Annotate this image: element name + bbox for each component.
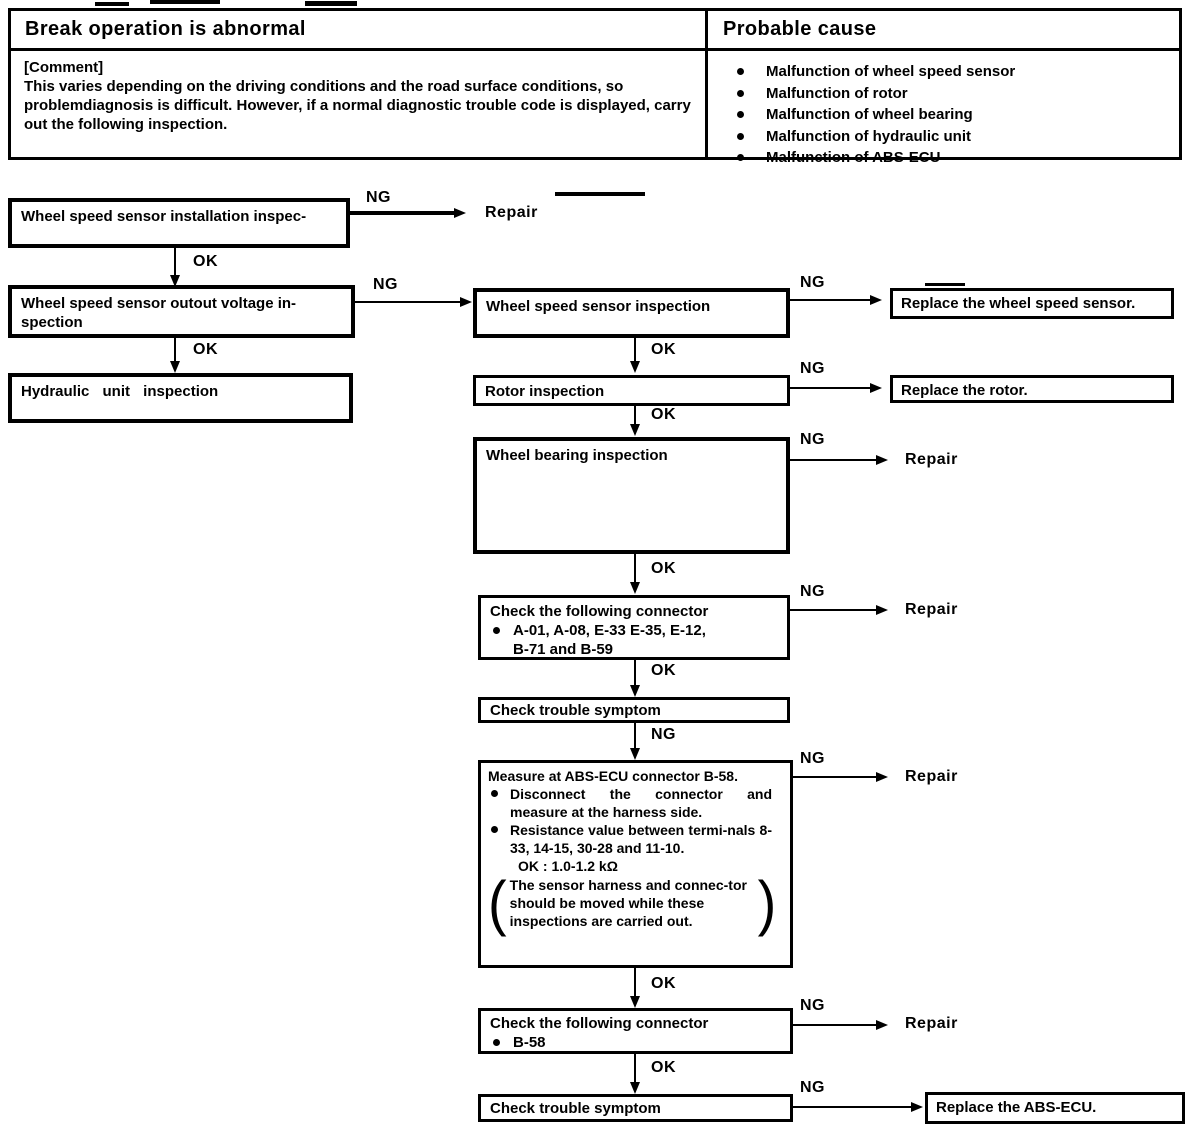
symptom-cause-table: Break operation is abnormal Probable cau… (8, 8, 1182, 160)
flow-line (634, 338, 636, 363)
comment-text: This varies depending on the driving con… (24, 77, 692, 134)
arrow-right-icon (911, 1102, 923, 1112)
bullet-icon (737, 133, 744, 140)
arrow-down-icon (630, 685, 640, 697)
flow-line (174, 338, 176, 363)
ng-label: NG (373, 276, 398, 294)
cause-item-label: Malfunction of wheel bearing (766, 104, 973, 126)
cause-item-label: Malfunction of hydraulic unit (766, 126, 971, 148)
arrow-right-icon (876, 1020, 888, 1030)
connector-list-row: B-58 (490, 1033, 781, 1052)
measure-note: ( The sensor harness and connec-tor shou… (488, 876, 783, 930)
ng-label: NG (800, 583, 825, 601)
action-replace-wheel-speed-sensor: Replace the wheel speed sensor. (890, 288, 1174, 319)
step-wheel-speed-sensor-installation-inspection: Wheel speed sensor installation inspec- (8, 198, 350, 248)
arrow-right-icon (876, 605, 888, 615)
measure-bullet-1-text: Disconnect the connector and measure at … (510, 785, 772, 821)
bullet-icon (493, 1039, 500, 1046)
flow-line (350, 211, 456, 215)
bullet-icon (737, 90, 744, 97)
bullet-icon (491, 790, 498, 797)
step-wheel-bearing-inspection: Wheel bearing inspection (473, 437, 790, 554)
step-check-connectors: Check the following connector A-01, A-08… (478, 595, 790, 660)
cause-item: Malfunction of rotor (725, 83, 1180, 105)
arrow-right-icon (454, 208, 466, 218)
flow-line (634, 660, 636, 687)
ng-label: NG (800, 360, 825, 378)
flow-line (790, 609, 878, 611)
arrow-down-icon (630, 424, 640, 436)
probable-cause-title: Probable cause (723, 18, 876, 41)
flow-line (634, 406, 636, 426)
flow-line (793, 1024, 878, 1026)
arrow-down-icon (170, 275, 180, 287)
arrow-down-icon (630, 361, 640, 373)
scan-noise (305, 1, 357, 6)
table-header-divider (11, 48, 1179, 51)
table-column-divider (705, 11, 708, 157)
flow-line (634, 968, 636, 998)
measure-ok-value: OK : 1.0-1.2 kΩ (518, 857, 783, 875)
ng-label: NG (800, 274, 825, 292)
cause-item: Malfunction of wheel bearing (725, 104, 1180, 126)
flow-line (634, 1054, 636, 1084)
ng-label: NG (366, 189, 391, 207)
check-connector-title: Check the following connector (490, 602, 778, 621)
bullet-icon (737, 111, 744, 118)
repair-label: Repair (905, 1015, 958, 1033)
flow-line (355, 301, 462, 303)
symptom-title: Break operation is abnormal (25, 18, 306, 41)
ok-label: OK (651, 1059, 676, 1077)
cause-item: Malfunction of hydraulic unit (725, 126, 1180, 148)
flow-line (634, 554, 636, 584)
measure-title: Measure at ABS-ECU connector B-58. (488, 767, 783, 785)
flow-line (790, 387, 872, 389)
repair-label: Repair (905, 451, 958, 469)
arrow-right-icon (460, 297, 472, 307)
ng-label: NG (800, 431, 825, 449)
ok-label: OK (193, 253, 218, 271)
measure-note-text: The sensor harness and connec-tor should… (510, 876, 755, 930)
arrow-right-icon (870, 295, 882, 305)
arrow-down-icon (630, 996, 640, 1008)
bullet-icon (737, 154, 744, 161)
step-wheel-speed-sensor-inspection: Wheel speed sensor inspection (473, 288, 790, 338)
action-replace-abs-ecu: Replace the ABS-ECU. (925, 1092, 1185, 1124)
cause-item: Malfunction of ABS-ECU (725, 147, 1180, 169)
arrow-right-icon (870, 383, 882, 393)
measure-bullet-2: Resistance value between termi-nals 8-33… (488, 821, 783, 857)
connector-list: A-01, A-08, E-33 E-35, E-12, B-71 and B-… (513, 621, 718, 659)
step-hydraulic-unit-inspection: Hydraulic unit inspection (8, 373, 353, 423)
flow-line (174, 248, 176, 277)
ng-label: NG (651, 726, 676, 744)
ok-label: OK (651, 975, 676, 993)
probable-cause-list: Malfunction of wheel speed sensor Malfun… (725, 61, 1180, 169)
repair-label: Repair (905, 768, 958, 786)
measure-bullet-1: Disconnect the connector and measure at … (488, 785, 783, 821)
comment-block: [Comment] This varies depending on the d… (24, 58, 692, 134)
connector-list: B-58 (513, 1033, 781, 1052)
ok-label: OK (651, 341, 676, 359)
cause-item-label: Malfunction of wheel speed sensor (766, 61, 1015, 83)
cause-item: Malfunction of wheel speed sensor (725, 61, 1180, 83)
cause-item-label: Malfunction of rotor (766, 83, 908, 105)
ok-label: OK (651, 406, 676, 424)
bullet-icon (493, 627, 500, 634)
ng-label: NG (800, 997, 825, 1015)
ok-label: OK (193, 341, 218, 359)
arrow-down-icon (630, 582, 640, 594)
cause-item-label: Malfunction of ABS-ECU (766, 147, 940, 169)
arrow-right-icon (876, 772, 888, 782)
scan-noise (150, 0, 220, 4)
flow-line (634, 723, 636, 750)
check-connector-title: Check the following connector (490, 1014, 781, 1033)
step-wheel-speed-sensor-output-voltage-inspection: Wheel speed sensor outout voltage in-spe… (8, 285, 355, 338)
arrow-down-icon (170, 361, 180, 373)
connector-list-row: A-01, A-08, E-33 E-35, E-12, B-71 and B-… (490, 621, 778, 659)
ok-label: OK (651, 662, 676, 680)
ng-label: NG (800, 1079, 825, 1097)
flow-line (793, 776, 878, 778)
repair-label: Repair (905, 601, 958, 619)
arrow-down-icon (630, 1082, 640, 1094)
step-check-connector-b58: Check the following connector B-58 (478, 1008, 793, 1054)
flow-line (790, 459, 878, 461)
ok-label: OK (651, 560, 676, 578)
arrow-down-icon (630, 748, 640, 760)
step-check-trouble-symptom-2: Check trouble symptom (478, 1094, 793, 1122)
flow-line (790, 299, 872, 301)
open-paren-icon: ( (488, 874, 507, 931)
measure-bullet-2-text: Resistance value between termi-nals 8-33… (510, 821, 772, 857)
repair-label: Repair (485, 204, 538, 222)
step-rotor-inspection: Rotor inspection (473, 375, 790, 406)
ng-label: NG (800, 750, 825, 768)
scan-noise (925, 283, 965, 286)
step-measure-abs-ecu-connector: Measure at ABS-ECU connector B-58. Disco… (478, 760, 793, 968)
step-check-trouble-symptom-1: Check trouble symptom (478, 697, 790, 723)
scan-noise (555, 192, 645, 196)
scan-noise (95, 2, 129, 6)
bullet-icon (491, 826, 498, 833)
comment-label: [Comment] (24, 58, 692, 77)
flow-line (793, 1106, 913, 1108)
close-paren-icon: ) (758, 874, 777, 931)
bullet-icon (737, 68, 744, 75)
arrow-right-icon (876, 455, 888, 465)
action-replace-rotor: Replace the rotor. (890, 375, 1174, 403)
